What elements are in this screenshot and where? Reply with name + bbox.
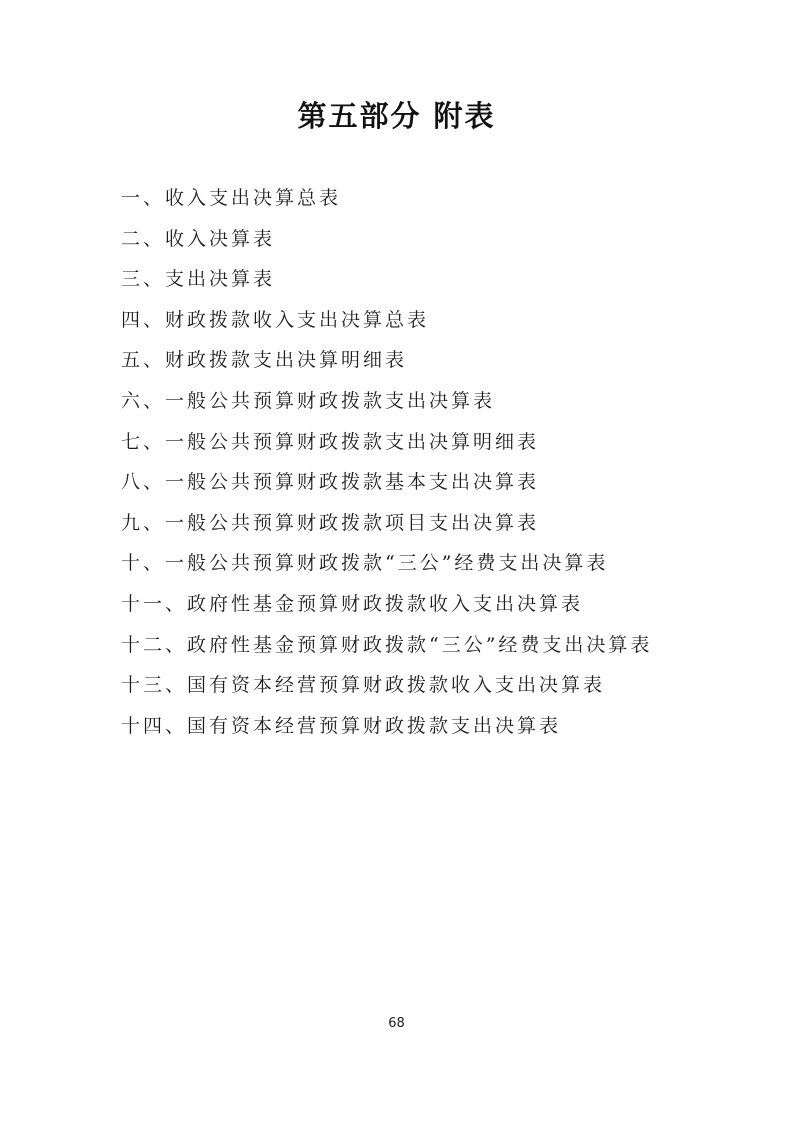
list-item: 三、支出决算表 [121,259,733,300]
list-item: 一、收入支出决算总表 [121,178,733,219]
list-item: 二、收入决算表 [121,219,733,260]
attachment-table-list: 一、收入支出决算总表 二、收入决算表 三、支出决算表 四、财政拨款收入支出决算总… [121,178,733,746]
page-number: 68 [0,1016,793,1031]
list-item: 七、一般公共预算财政拨款支出决算明细表 [121,422,733,463]
list-item: 十二、政府性基金预算财政拨款“三公”经费支出决算表 [121,625,733,666]
document-page: 第五部分 附表 一、收入支出决算总表 二、收入决算表 三、支出决算表 四、财政拨… [0,0,793,1122]
list-item: 八、一般公共预算财政拨款基本支出决算表 [121,462,733,503]
list-item: 十三、国有资本经营预算财政拨款收入支出决算表 [121,665,733,706]
list-item: 十四、国有资本经营预算财政拨款支出决算表 [121,706,733,747]
list-item: 四、财政拨款收入支出决算总表 [121,300,733,341]
list-item: 六、一般公共预算财政拨款支出决算表 [121,381,733,422]
page-title: 第五部分 附表 [0,94,793,135]
list-item: 十、一般公共预算财政拨款“三公”经费支出决算表 [121,543,733,584]
list-item: 九、一般公共预算财政拨款项目支出决算表 [121,503,733,544]
list-item: 五、财政拨款支出决算明细表 [121,340,733,381]
list-item: 十一、政府性基金预算财政拨款收入支出决算表 [121,584,733,625]
